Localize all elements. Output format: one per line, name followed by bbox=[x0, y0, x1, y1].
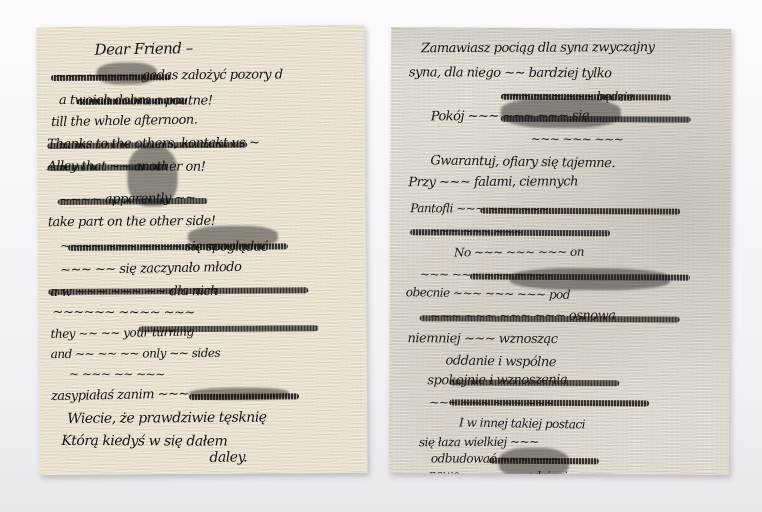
embroidered-text-line: Zamawiasz pociąg dla syna zwyczajny bbox=[421, 40, 655, 56]
embroidered-text-line: ~~~ ~~~ ~~~ bbox=[531, 132, 624, 146]
scribbled-strikethrough bbox=[189, 393, 299, 400]
embroidered-text-line: and ~~ ~~ ~~ only ~~ sides bbox=[51, 346, 220, 361]
embroidered-text-line: Przy ~~~ falami, ciemnych bbox=[408, 174, 578, 190]
embroidered-text-line: oddanie i wspólne bbox=[445, 353, 556, 370]
scribbled-strikethrough bbox=[449, 399, 649, 406]
embroidered-text-line: Którą kiedyś w się dałem bbox=[61, 433, 227, 450]
embroidered-text-line: ~~~ ~~ się zaczynało młodo bbox=[60, 260, 242, 278]
scribbled-strikethrough bbox=[77, 98, 187, 105]
embroidered-text-line: zasypiałaś zanim ~~~ bbox=[51, 387, 189, 404]
embroidered-text-line: obecnie ~~~ ~~~ ~~~ pod bbox=[406, 285, 570, 302]
scribbled-strikethrough bbox=[501, 116, 691, 123]
embroidered-text-line: I w innej takiej postaci bbox=[459, 415, 585, 431]
embroidered-text-line: się łaza wielkiej ~~~ bbox=[419, 435, 539, 450]
scribbled-strikethrough bbox=[51, 74, 171, 81]
scribbled-strikethrough bbox=[480, 208, 680, 215]
left-embroidered-fabric-panel: Dear Friend –~~~~~~~~ gadas założyć pozo… bbox=[36, 25, 367, 475]
scribbled-strikethrough bbox=[139, 325, 319, 332]
embroidered-text-line: syna, dla niego ~~ bardziej tylko bbox=[409, 65, 612, 81]
embroidered-text-line: No ~~~ ~~~ ~~~ on bbox=[454, 245, 584, 260]
embroidered-text-line: ~ ~~~ ~~ ~~~ bbox=[69, 367, 165, 381]
embroidered-text-line: niemniej ~~~ wznosząc bbox=[407, 331, 557, 347]
embroidered-text-line: till the whole afternoon. bbox=[51, 112, 198, 130]
scribbled-strikethrough bbox=[47, 164, 167, 171]
right-embroidered-fabric-panel: Zamawiasz pociąg dla syna zwyczajnysyna,… bbox=[389, 27, 731, 475]
embroidered-text-line: take part on the other side! bbox=[48, 214, 216, 230]
scribbled-strikethrough bbox=[410, 229, 610, 236]
scribbled-strikethrough bbox=[501, 94, 671, 101]
scribbled-strikethrough bbox=[58, 198, 208, 205]
embroidered-text-line: Gwarantuj, ofiary się tajemne. bbox=[430, 153, 615, 171]
scribbled-strikethrough bbox=[489, 458, 599, 465]
embroidered-text-line: Dear Friend – bbox=[94, 39, 192, 59]
scribbled-strikethrough bbox=[48, 287, 308, 295]
embroidered-text-line: daley. bbox=[209, 449, 247, 466]
embroidered-text-line: Wiecie, że prawdziwie tęsknię bbox=[67, 410, 266, 427]
scribbled-strikethrough bbox=[449, 379, 619, 386]
embroidered-text-line: ~~~~~~ ~~~~ ~~~ bbox=[52, 305, 194, 320]
scribbled-strikethrough bbox=[470, 274, 690, 281]
